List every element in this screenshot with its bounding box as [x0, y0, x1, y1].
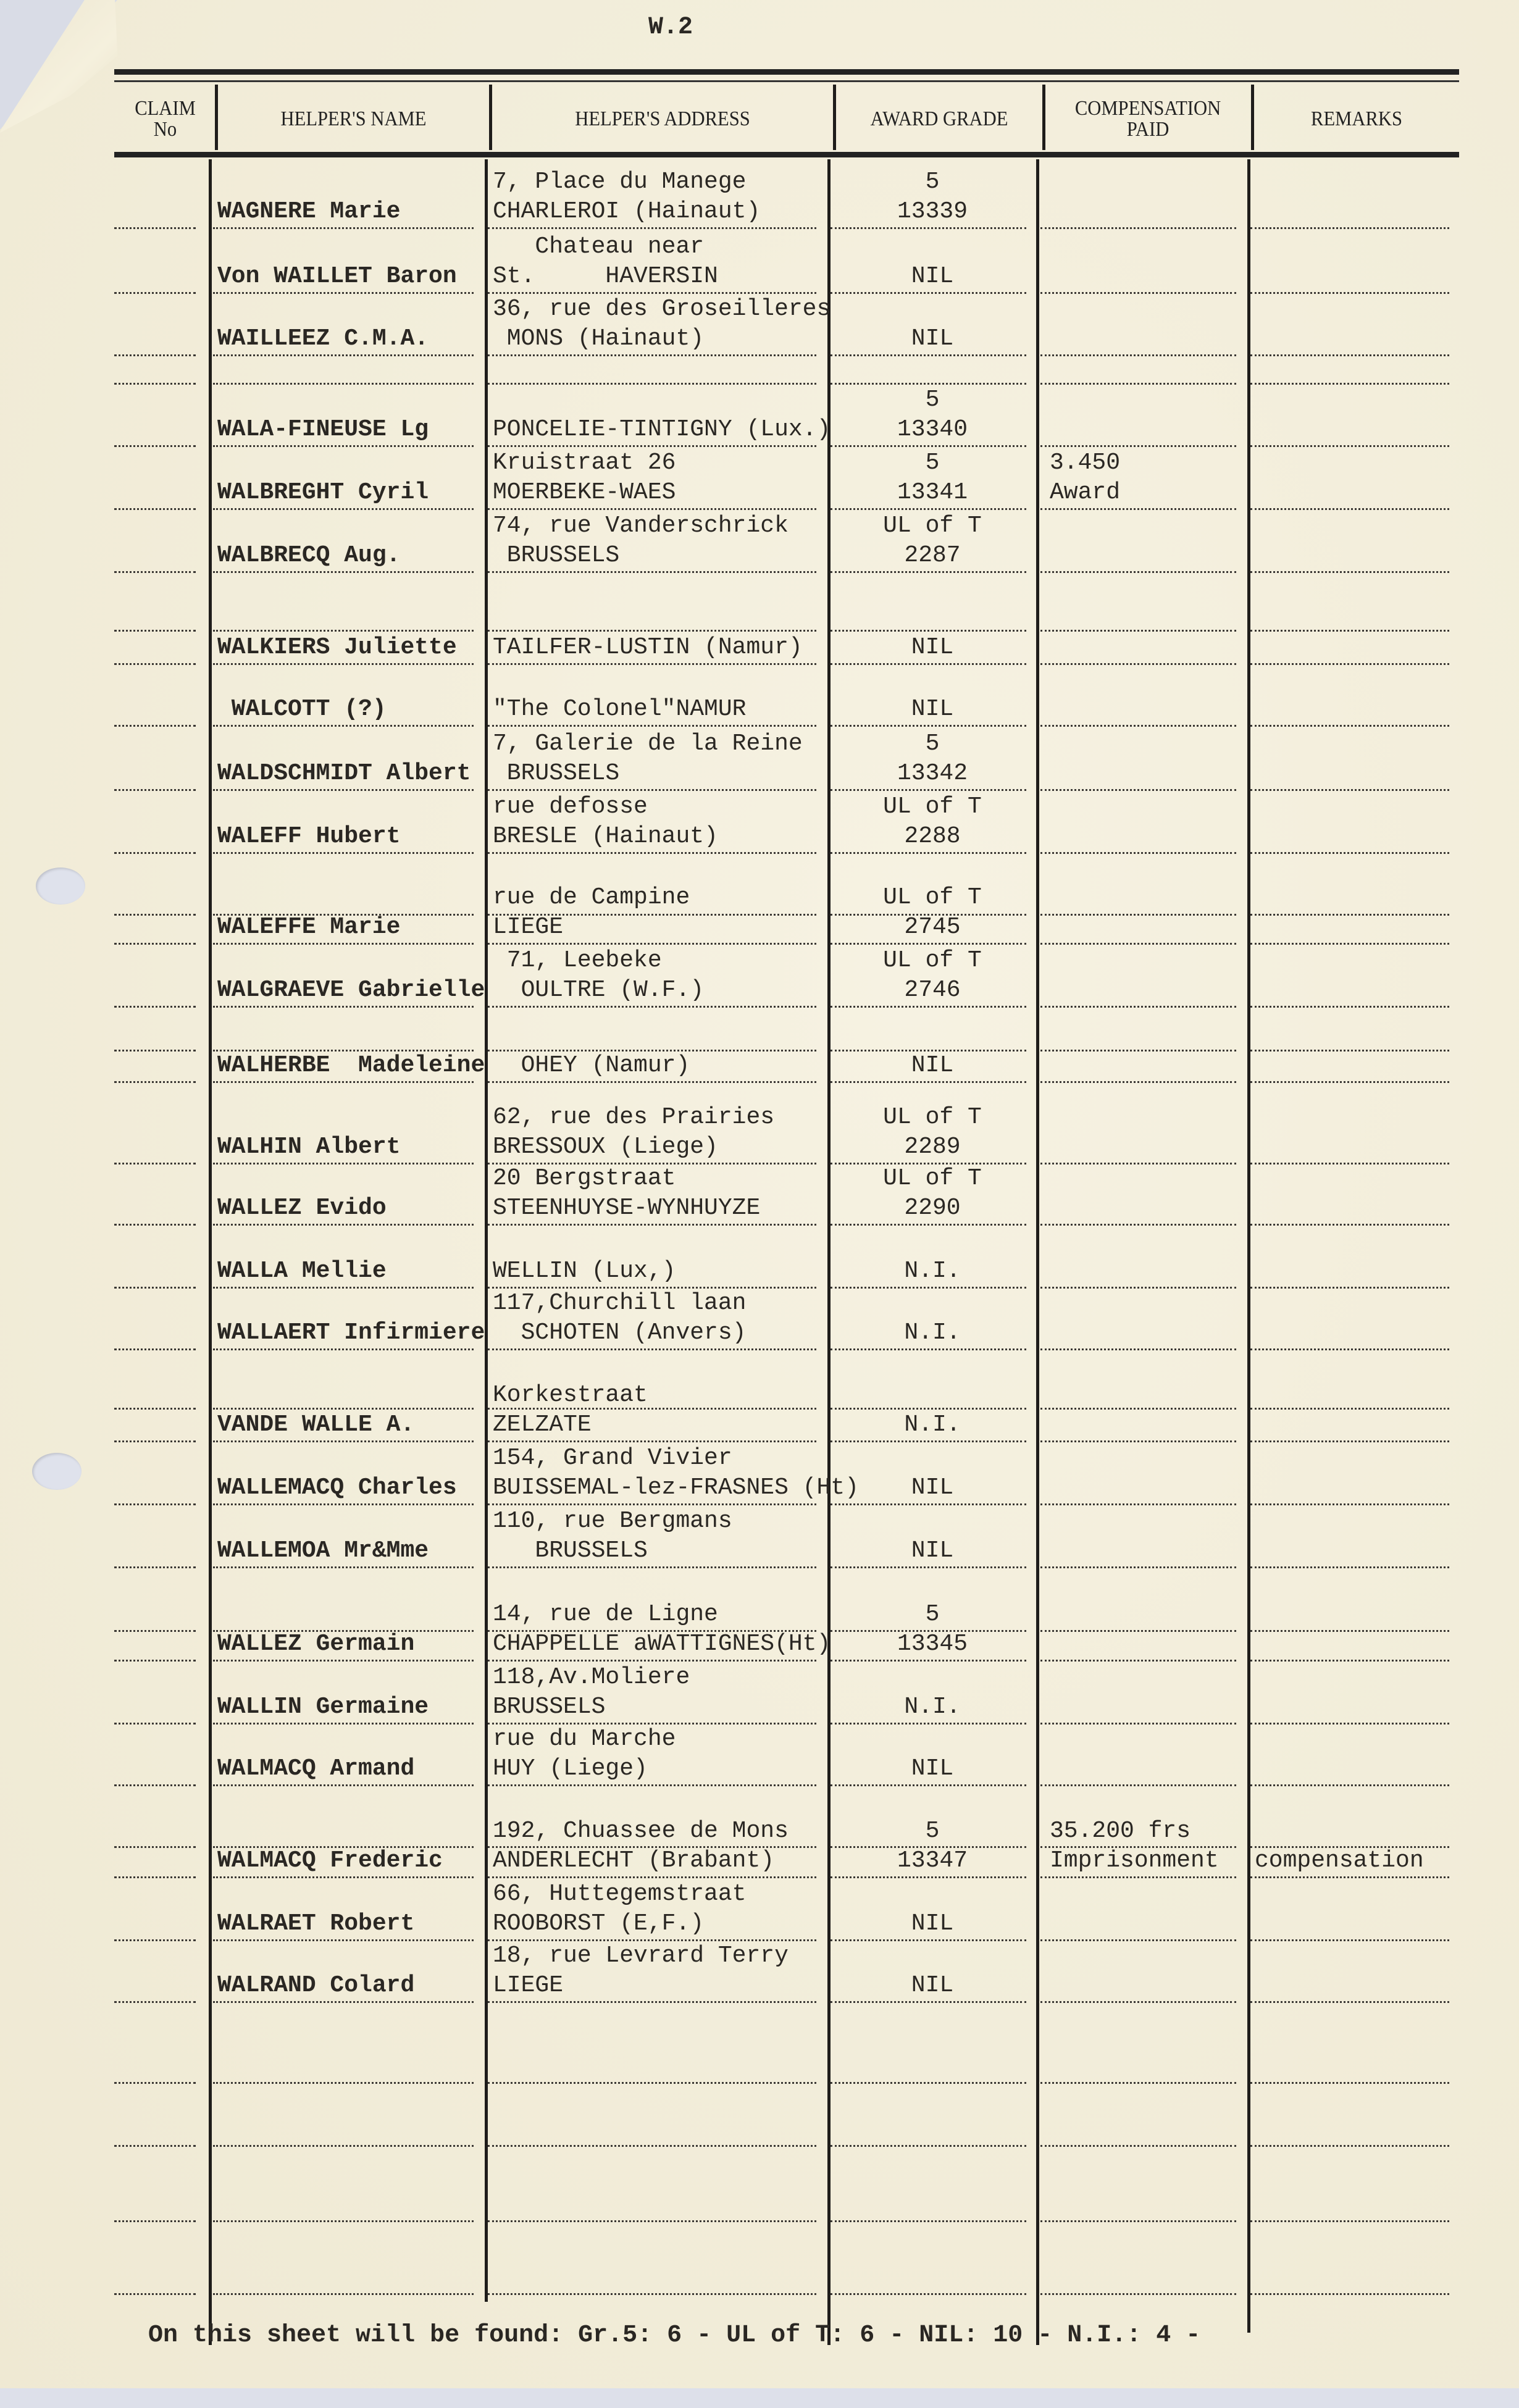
row-separator	[1250, 1408, 1449, 1410]
row-separator	[213, 1224, 474, 1226]
award-grade: 5	[840, 1599, 1025, 1630]
row-separator	[114, 1006, 196, 1008]
helper-name: WALLEMOA Mr&Mme	[217, 1536, 429, 1566]
row-separator	[1040, 2001, 1236, 2003]
row-separator	[1250, 1287, 1449, 1289]
row-separator	[213, 1163, 474, 1164]
row-separator	[1250, 1348, 1449, 1350]
row-separator	[114, 2220, 196, 2222]
row-separator	[1040, 1784, 1236, 1786]
award-grade: 2287	[840, 540, 1025, 571]
row-separator	[1040, 1163, 1236, 1164]
row-separator	[114, 1440, 196, 1442]
helper-name: WALHIN Albert	[217, 1132, 400, 1163]
row-separator	[1040, 630, 1236, 632]
row-separator	[488, 1224, 816, 1226]
helper-address-line: "The Colonel"NAMUR	[493, 694, 746, 725]
row-separator	[1040, 2145, 1236, 2147]
row-separator	[1040, 1408, 1236, 1410]
award-grade: UL of T	[840, 792, 1025, 822]
row-separator	[114, 1939, 196, 1941]
row-separator	[1040, 383, 1236, 385]
row-separator	[213, 630, 474, 632]
row-separator	[114, 1287, 196, 1289]
helper-address-line: CHAPPELLE aWATTIGNES(Ht)	[493, 1629, 831, 1660]
row-separator	[1250, 1630, 1449, 1632]
row-separator	[213, 914, 474, 916]
row-separator	[831, 2082, 1026, 2084]
award-grade: N.I.	[840, 1410, 1025, 1440]
row-separator	[213, 1630, 474, 1632]
row-separator	[1040, 789, 1236, 791]
row-separator	[114, 1224, 196, 1226]
helper-name: WALLEMACQ Charles	[217, 1473, 457, 1503]
row-separator	[488, 571, 816, 573]
row-separator	[213, 1566, 474, 1568]
row-separator	[213, 2082, 474, 2084]
header-compensation-paid: COMPENSATION PAID	[1056, 86, 1241, 151]
award-grade: 13341	[840, 477, 1025, 508]
row-separator	[114, 571, 196, 573]
row-separator	[1250, 445, 1449, 447]
column-divider	[827, 159, 831, 2345]
row-separator	[1250, 1846, 1449, 1848]
helper-address-line: 117,Churchill laan	[493, 1288, 746, 1319]
row-separator	[213, 508, 474, 510]
helper-address-line: 154, Grand Vivier	[493, 1443, 732, 1474]
row-separator	[831, 1876, 1026, 1878]
award-grade: UL of T	[840, 882, 1025, 913]
row-separator	[488, 227, 816, 229]
helper-address-line: St. HAVERSIN	[493, 261, 718, 292]
helper-address-line: rue defosse	[493, 792, 648, 822]
row-separator	[1250, 571, 1449, 573]
row-separator	[488, 1050, 816, 1051]
helper-name: WALLIN Germaine	[217, 1692, 429, 1723]
helper-address-line: Korkestraat	[493, 1380, 648, 1411]
row-separator	[831, 2220, 1026, 2222]
row-separator	[114, 914, 196, 916]
helper-name: WALEFFE Marie	[217, 912, 400, 943]
row-separator	[831, 383, 1026, 385]
row-separator	[1040, 1876, 1236, 1878]
award-grade: 2746	[840, 975, 1025, 1006]
row-separator	[213, 943, 474, 945]
row-separator	[831, 571, 1026, 573]
row-separator	[831, 1660, 1026, 1662]
row-separator	[114, 227, 196, 229]
helper-address-line: 20 Bergstraat	[493, 1163, 676, 1194]
helper-name: WALLAERT Infirmiere	[217, 1318, 485, 1348]
punch-hole-icon	[32, 1453, 82, 1490]
helper-address-line: 36, rue des Groseilleres	[493, 294, 831, 325]
header-remarks: REMARKS	[1265, 86, 1449, 151]
header-claim-no: CLAIM No	[122, 86, 209, 151]
row-separator	[488, 1876, 816, 1878]
award-grade: NIL	[840, 694, 1025, 725]
row-separator	[831, 914, 1026, 916]
award-grade: UL of T	[840, 1102, 1025, 1133]
row-separator	[114, 445, 196, 447]
header-helper-name: HELPER'S NAME	[233, 86, 475, 151]
helper-address-line: CHARLEROI (Hainaut)	[493, 196, 760, 227]
row-separator	[488, 914, 816, 916]
row-separator	[831, 1503, 1026, 1505]
row-separator	[114, 943, 196, 945]
row-separator	[1040, 1224, 1236, 1226]
row-separator	[1250, 1006, 1449, 1008]
row-separator	[831, 1440, 1026, 1442]
row-separator	[831, 1723, 1026, 1724]
row-separator	[213, 2145, 474, 2147]
row-separator	[1040, 227, 1236, 229]
award-grade: 5	[840, 1816, 1025, 1847]
column-divider	[209, 159, 212, 2345]
helper-name: WALMACQ Armand	[217, 1754, 414, 1784]
row-separator	[488, 1566, 816, 1568]
helper-name: WALBREGHT Cyril	[217, 477, 429, 508]
award-grade: 5	[840, 448, 1025, 479]
row-separator	[213, 2293, 474, 2295]
award-grade: N.I.	[840, 1256, 1025, 1287]
award-grade: 2745	[840, 912, 1025, 943]
row-separator	[831, 630, 1026, 632]
row-separator	[1250, 1224, 1449, 1226]
helper-name: WALMACQ Frederic	[217, 1846, 443, 1876]
helper-address-line: 192, Chuassee de Mons	[493, 1816, 789, 1847]
award-grade: 13340	[840, 414, 1025, 445]
row-separator	[1250, 292, 1449, 294]
helper-address-line: BRUSSELS	[493, 758, 619, 789]
helper-address-line: OULTRE (W.F.)	[493, 975, 704, 1006]
helper-address-line: 7, Place du Manege	[493, 167, 746, 198]
row-separator	[114, 292, 196, 294]
row-separator	[1250, 1784, 1449, 1786]
row-separator	[1040, 1006, 1236, 1008]
helper-name: WALDSCHMIDT Albert	[217, 758, 471, 789]
row-separator	[831, 1784, 1026, 1786]
row-separator	[1040, 1503, 1236, 1505]
award-grade: N.I.	[840, 1692, 1025, 1723]
row-separator	[213, 1660, 474, 1662]
compensation-paid: 35.200 frs	[1050, 1816, 1191, 1847]
row-separator	[831, 725, 1026, 727]
remarks: compensation	[1255, 1846, 1424, 1876]
row-separator	[1250, 1050, 1449, 1051]
row-separator	[488, 2082, 816, 2084]
row-separator	[114, 1348, 196, 1350]
row-separator	[114, 1163, 196, 1164]
row-separator	[1250, 1660, 1449, 1662]
row-separator	[831, 1939, 1026, 1941]
row-separator	[114, 508, 196, 510]
helper-address-line: ANDERLECHT (Brabant)	[493, 1846, 774, 1876]
helper-address-line: 74, rue Vanderschrick	[493, 511, 789, 541]
row-separator	[1040, 571, 1236, 573]
row-separator	[488, 508, 816, 510]
award-grade: UL of T	[840, 945, 1025, 976]
helper-name: WALLEZ Germain	[217, 1629, 414, 1660]
row-separator	[114, 2082, 196, 2084]
row-separator	[213, 1846, 474, 1848]
helper-address-line: BUISSEMAL-lez-FRASNES (Ht)	[493, 1473, 859, 1503]
helper-name: WALEFF Hubert	[217, 821, 400, 852]
row-separator	[831, 508, 1026, 510]
row-separator	[831, 2293, 1026, 2295]
row-separator	[831, 1224, 1026, 1226]
row-separator	[114, 1503, 196, 1505]
helper-address-line: BRUSSELS	[493, 1536, 648, 1566]
row-separator	[213, 1050, 474, 1051]
row-separator	[1040, 1566, 1236, 1568]
helper-name: WALRAND Colard	[217, 1970, 414, 2001]
column-divider	[1247, 159, 1250, 2333]
row-separator	[213, 227, 474, 229]
award-grade: NIL	[840, 1536, 1025, 1566]
award-grade: NIL	[840, 1473, 1025, 1503]
row-separator	[1250, 630, 1449, 632]
row-separator	[1040, 2220, 1236, 2222]
row-separator	[114, 1050, 196, 1051]
row-separator	[488, 663, 816, 665]
row-separator	[1250, 914, 1449, 916]
helper-name: WAGNERE Marie	[217, 196, 400, 227]
row-separator	[213, 1408, 474, 1410]
award-grade: 5	[840, 729, 1025, 759]
row-separator	[831, 354, 1026, 356]
award-grade: 2288	[840, 821, 1025, 852]
helper-name: WALRAET Robert	[217, 1908, 414, 1939]
row-separator	[1040, 1939, 1236, 1941]
row-separator	[213, 1287, 474, 1289]
row-separator	[831, 227, 1026, 229]
row-separator	[1040, 663, 1236, 665]
row-separator	[831, 1050, 1026, 1051]
row-separator	[114, 2145, 196, 2147]
row-separator	[114, 852, 196, 854]
row-separator	[1040, 1287, 1236, 1289]
row-separator	[1250, 725, 1449, 727]
award-grade: N.I.	[840, 1318, 1025, 1348]
row-separator	[831, 1081, 1026, 1083]
row-separator	[1040, 508, 1236, 510]
row-separator	[1250, 1939, 1449, 1941]
row-separator	[213, 1440, 474, 1442]
row-separator	[114, 1846, 196, 1848]
row-separator	[488, 852, 816, 854]
header-divider	[1042, 85, 1045, 150]
row-separator	[1040, 1440, 1236, 1442]
row-separator	[114, 1630, 196, 1632]
row-separator	[488, 2001, 816, 2003]
helper-address-line: MOERBEKE-WAES	[493, 477, 676, 508]
row-separator	[831, 1566, 1026, 1568]
row-separator	[488, 2145, 816, 2147]
row-separator	[831, 2001, 1026, 2003]
row-separator	[488, 630, 816, 632]
row-separator	[831, 1006, 1026, 1008]
row-separator	[213, 663, 474, 665]
helper-address-line: WELLIN (Lux,)	[493, 1256, 676, 1287]
award-grade: NIL	[840, 1970, 1025, 2001]
sheet-id: W.2	[648, 14, 693, 41]
award-grade: NIL	[840, 324, 1025, 354]
helper-address-line: SCHOTEN (Anvers)	[493, 1318, 746, 1348]
helper-name: WALBRECQ Aug.	[217, 540, 400, 571]
row-separator	[488, 354, 816, 356]
row-separator	[114, 354, 196, 356]
helper-address-line: LIEGE	[493, 1970, 563, 2001]
helper-name: WALCOTT (?)	[217, 694, 387, 725]
award-grade: NIL	[840, 1754, 1025, 1784]
row-separator	[1250, 943, 1449, 945]
row-separator	[488, 789, 816, 791]
row-separator	[1040, 1630, 1236, 1632]
helper-address-line: Kruistraat 26	[493, 448, 676, 479]
helper-address-line: BRUSSELS	[493, 1692, 605, 1723]
row-separator	[1040, 725, 1236, 727]
award-grade: 13342	[840, 758, 1025, 789]
row-separator	[488, 1348, 816, 1350]
row-separator	[1250, 852, 1449, 854]
row-separator	[213, 292, 474, 294]
helper-address-line: Chateau near	[493, 232, 704, 262]
helper-address-line: TAILFER-LUSTIN (Namur)	[493, 632, 803, 663]
row-separator	[114, 1660, 196, 1662]
row-separator	[114, 663, 196, 665]
award-grade: 5	[840, 167, 1025, 198]
helper-address-line: BRESSOUX (Liege)	[493, 1132, 718, 1163]
row-separator	[114, 1723, 196, 1724]
header-divider	[1251, 85, 1254, 150]
row-separator	[213, 1006, 474, 1008]
award-grade: 13347	[840, 1846, 1025, 1876]
row-separator	[1250, 2145, 1449, 2147]
row-separator	[1250, 789, 1449, 791]
header-top-rule	[114, 69, 1459, 75]
helper-address-line: LIEGE	[493, 912, 563, 943]
row-separator	[1040, 914, 1236, 916]
helper-address-line: 66, Huttegemstraat	[493, 1879, 746, 1910]
row-separator	[213, 1876, 474, 1878]
award-grade: NIL	[840, 1050, 1025, 1081]
row-separator	[213, 789, 474, 791]
row-separator	[1250, 1163, 1449, 1164]
row-separator	[488, 1630, 816, 1632]
row-separator	[488, 2220, 816, 2222]
award-grade: UL of T	[840, 1163, 1025, 1194]
header-award-grade: AWARD GRADE	[847, 86, 1032, 151]
row-separator	[488, 1784, 816, 1786]
row-separator	[213, 725, 474, 727]
helper-address-line: BRESLE (Hainaut)	[493, 821, 718, 852]
helper-address-line: 71, Leebeke	[493, 945, 662, 976]
row-separator	[1250, 663, 1449, 665]
row-separator	[1250, 1876, 1449, 1878]
row-separator	[213, 571, 474, 573]
row-separator	[1040, 943, 1236, 945]
row-separator	[1040, 1348, 1236, 1350]
helper-address-line: 62, rue des Prairies	[493, 1102, 774, 1133]
punch-hole-icon	[36, 867, 85, 905]
row-separator	[1040, 445, 1236, 447]
helper-name: WALLEZ Evido	[217, 1193, 387, 1224]
row-separator	[1250, 1503, 1449, 1505]
row-separator	[488, 1846, 816, 1848]
award-grade: NIL	[840, 261, 1025, 292]
row-separator	[831, 852, 1026, 854]
column-divider	[1036, 159, 1039, 2345]
row-separator	[213, 2001, 474, 2003]
row-separator	[114, 2001, 196, 2003]
row-separator	[213, 1348, 474, 1350]
row-separator	[488, 1006, 816, 1008]
row-separator	[213, 445, 474, 447]
row-separator	[488, 1503, 816, 1505]
row-separator	[831, 445, 1026, 447]
row-separator	[1250, 383, 1449, 385]
award-grade: NIL	[840, 632, 1025, 663]
helper-address-line: BRUSSELS	[493, 540, 619, 571]
row-separator	[488, 725, 816, 727]
row-separator	[213, 1081, 474, 1083]
helper-name: WALGRAEVE Gabrielle	[217, 975, 485, 1006]
helper-name: Von WAILLET Baron	[217, 261, 457, 292]
row-separator	[1040, 1081, 1236, 1083]
row-separator	[114, 383, 196, 385]
row-separator	[488, 2293, 816, 2295]
row-separator	[831, 789, 1026, 791]
header-divider	[833, 85, 836, 150]
row-separator	[114, 1876, 196, 1878]
row-separator	[114, 1566, 196, 1568]
row-separator	[1250, 2001, 1449, 2003]
compensation-paid: 3.450	[1050, 448, 1120, 479]
row-separator	[831, 1630, 1026, 1632]
row-separator	[831, 943, 1026, 945]
row-separator	[488, 1660, 816, 1662]
row-separator	[1040, 292, 1236, 294]
header-helper-address: HELPER'S ADDRESS	[510, 86, 816, 151]
row-separator	[488, 1440, 816, 1442]
row-separator	[114, 1408, 196, 1410]
row-separator	[213, 852, 474, 854]
row-separator	[213, 383, 474, 385]
row-separator	[1250, 2220, 1449, 2222]
helper-address-line: MONS (Hainaut)	[493, 324, 704, 354]
compensation-paid: Award	[1050, 477, 1120, 508]
row-separator	[831, 292, 1026, 294]
header-divider	[489, 85, 492, 150]
row-separator	[114, 789, 196, 791]
compensation-paid: Imprisonment	[1050, 1846, 1219, 1876]
helper-address-line: HUY (Liege)	[493, 1754, 648, 1784]
row-separator	[1250, 354, 1449, 356]
row-separator	[213, 354, 474, 356]
helper-address-line: 110, rue Bergmans	[493, 1506, 732, 1537]
row-separator	[213, 1784, 474, 1786]
row-separator	[213, 1503, 474, 1505]
header-divider	[215, 85, 218, 150]
row-separator	[831, 1408, 1026, 1410]
row-separator	[1250, 227, 1449, 229]
row-separator	[1250, 2082, 1449, 2084]
helper-address-line: ROOBORST (E,F.)	[493, 1908, 704, 1939]
helper-name: WALKIERS Juliette	[217, 632, 457, 663]
helper-name: WAILLEEZ C.M.A.	[217, 324, 429, 354]
row-separator	[114, 1081, 196, 1083]
award-grade: 2290	[840, 1193, 1025, 1224]
